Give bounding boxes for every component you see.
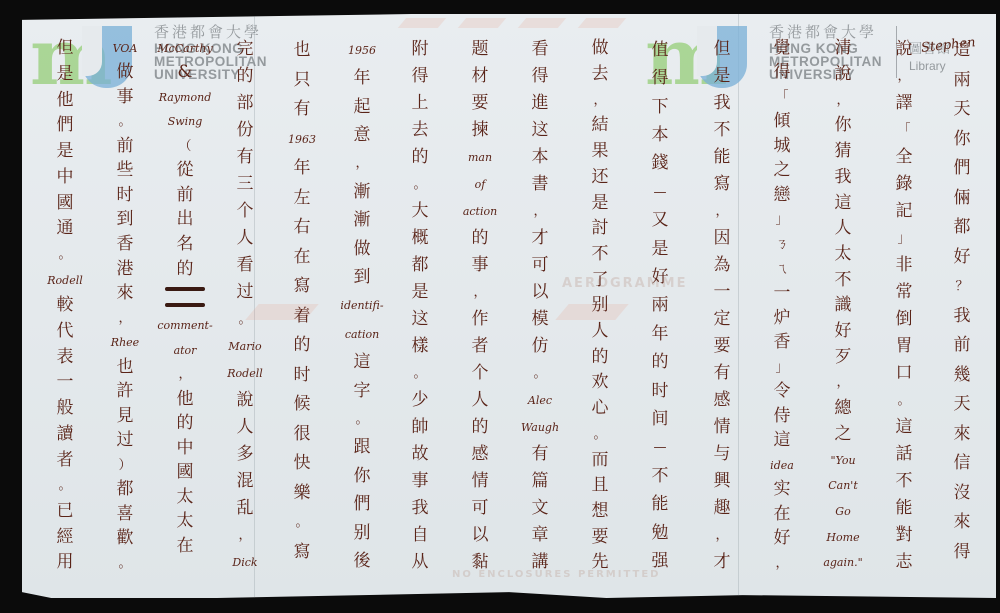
- handwritten-glyph: 講: [532, 549, 549, 576]
- text-column: 看得進这本書，才可以模仿。AlecWaugh有篇文章講: [518, 36, 562, 576]
- handwritten-glyph: 」: [775, 208, 788, 233]
- handwritten-glyph: ，: [836, 370, 849, 396]
- handwritten-glyph: 但: [57, 36, 74, 62]
- handwritten-glyph: 还: [592, 165, 609, 191]
- handwritten-glyph: 才: [714, 549, 731, 576]
- handwritten-glyph: 有: [714, 360, 731, 387]
- handwritten-glyph: 他: [177, 387, 194, 412]
- handwritten-glyph: 前: [177, 183, 194, 208]
- handwritten-glyph: 。: [58, 473, 71, 499]
- handwritten-glyph: 猜: [835, 139, 852, 165]
- handwritten-glyph: 香: [117, 232, 134, 257]
- handwritten-glyph: 别: [354, 519, 371, 547]
- airmail-stripe: [398, 18, 446, 28]
- handwritten-glyph: 漸: [354, 178, 371, 206]
- handwritten-glyph: 者: [472, 333, 489, 360]
- handwritten-glyph: 上: [412, 90, 429, 117]
- handwritten-glyph: 自: [412, 522, 429, 549]
- handwritten-glyph: 炉: [774, 306, 791, 331]
- handwritten-glyph: 興: [714, 468, 731, 495]
- handwritten-glyph: 」: [775, 355, 788, 380]
- handwritten-glyph: 着: [294, 302, 311, 332]
- handwritten-glyph: 譯: [896, 90, 913, 117]
- handwritten-glyph: 已: [57, 499, 74, 525]
- handwritten-glyph: 揀: [472, 117, 489, 144]
- handwritten-glyph: 都: [412, 252, 429, 279]
- handwritten-glyph: Waugh: [521, 414, 559, 441]
- handwritten-glyph: 也: [117, 355, 134, 380]
- handwritten-glyph: 完: [237, 36, 254, 63]
- handwritten-glyph: 事: [117, 85, 134, 110]
- handwritten-glyph: 从: [412, 549, 429, 576]
- handwritten-glyph: 果: [592, 139, 609, 165]
- handwritten-glyph: 前: [117, 134, 134, 159]
- handwritten-glyph: —: [654, 178, 667, 206]
- airmail-stripe: [518, 18, 566, 28]
- handwritten-glyph: 出: [177, 208, 194, 233]
- handwritten-glyph: identifi-: [340, 292, 383, 320]
- handwritten-glyph: 。: [593, 422, 606, 448]
- handwritten-glyph: 。: [58, 242, 71, 268]
- handwritten-glyph: 歡: [117, 527, 134, 552]
- handwritten-glyph: 天: [954, 95, 971, 125]
- handwritten-glyph: 他: [57, 87, 74, 113]
- handwritten-glyph: 题: [472, 36, 489, 63]
- handwritten-glyph: 快: [294, 449, 311, 479]
- handwritten-glyph: 。: [118, 551, 131, 576]
- handwritten-glyph: 為: [714, 252, 731, 279]
- handwritten-glyph: 天: [954, 390, 971, 420]
- handwritten-glyph: 不: [652, 462, 669, 490]
- handwritten-glyph: 「: [775, 85, 788, 110]
- handwritten-glyph: 我: [412, 495, 429, 522]
- handwritten-glyph: 太: [835, 242, 852, 268]
- handwritten-glyph: 候: [294, 390, 311, 420]
- handwritten-glyph: 去: [412, 117, 429, 144]
- handwritten-glyph: ，: [897, 63, 910, 90]
- handwritten-glyph: 情: [472, 468, 489, 495]
- handwritten-glyph: 名: [177, 232, 194, 257]
- handwritten-glyph: 起: [354, 93, 371, 121]
- handwritten-glyph: 年: [294, 154, 311, 184]
- handwritten-glyph: 在: [294, 243, 311, 273]
- handwritten-glyph: 國: [57, 190, 74, 216]
- handwritten-glyph: 仿: [532, 333, 549, 360]
- handwritten-glyph: 是: [412, 279, 429, 306]
- handwritten-glyph: 都: [954, 213, 971, 243]
- text-column: 清說，你猜我這人太不識好歹，總之"YouCan'tGoHomeagain.": [821, 36, 865, 576]
- text-column: VOA做事。前些时到香港來，Rhee也許見过）都喜歡。: [103, 36, 147, 576]
- handwritten-glyph: 混: [237, 468, 254, 495]
- handwritten-glyph: 乱: [237, 495, 254, 522]
- handwritten-glyph: 好: [835, 319, 852, 345]
- handwritten-glyph: 討: [592, 216, 609, 242]
- handwritten-glyph: 用: [57, 550, 74, 576]
- handwritten-glyph: 能: [896, 495, 913, 522]
- handwritten-glyph: 的: [592, 344, 609, 370]
- handwritten-glyph: 意: [354, 121, 371, 149]
- handwritten-glyph: 心: [592, 396, 609, 422]
- handwritten-glyph: 帥: [412, 414, 429, 441]
- handwritten-glyph: 但: [714, 36, 731, 63]
- handwritten-glyph: 來: [954, 508, 971, 538]
- handwritten-glyph: 了: [592, 267, 609, 293]
- handwritten-glyph: 多: [237, 441, 254, 468]
- handwritten-glyph: 許: [117, 379, 134, 404]
- handwritten-glyph: 人: [237, 414, 254, 441]
- handwritten-glyph: 时: [294, 361, 311, 391]
- handwritten-glyph: 戀: [774, 183, 791, 208]
- handwritten-glyph: 别: [592, 293, 609, 319]
- handwritten-glyph: idea: [770, 453, 794, 478]
- handwritten-glyph: 話: [896, 441, 913, 468]
- handwritten-glyph: 的: [472, 225, 489, 252]
- handwritten-glyph: 傾: [774, 110, 791, 135]
- handwritten-glyph: 得: [774, 61, 791, 86]
- handwritten-glyph: Home: [826, 524, 859, 550]
- handwritten-glyph: 事: [412, 468, 429, 495]
- handwritten-glyph: 可: [472, 495, 489, 522]
- handwritten-glyph: 要: [472, 90, 489, 117]
- handwritten-glyph: 不: [835, 267, 852, 293]
- handwritten-glyph: ，: [238, 522, 251, 549]
- handwritten-glyph: Can't: [828, 473, 858, 499]
- handwritten-glyph: 而: [592, 447, 609, 473]
- handwritten-glyph: 到: [354, 263, 371, 291]
- handwritten-glyph: 些: [117, 159, 134, 184]
- handwritten-glyph: 你: [954, 125, 971, 155]
- handwritten-glyph: 趣: [714, 495, 731, 522]
- handwritten-glyph: 寫: [294, 538, 311, 568]
- handwritten-glyph: 可: [532, 252, 549, 279]
- handwritten-glyph: 總: [835, 396, 852, 422]
- handwritten-glyph: 大: [412, 198, 429, 225]
- handwritten-glyph: 代: [57, 319, 74, 345]
- handwritten-glyph: 实: [774, 478, 791, 503]
- handwritten-glyph: 是: [652, 235, 669, 263]
- handwritten-glyph: 本: [652, 121, 669, 149]
- handwritten-glyph: 的: [237, 63, 254, 90]
- handwritten-glyph: 我: [714, 90, 731, 117]
- handwritten-glyph: Alec: [528, 387, 552, 414]
- text-column: 1956年起意，漸漸做到identifi-cation這字。跟你們别後: [340, 36, 384, 576]
- handwritten-glyph: 沒: [954, 479, 971, 509]
- handwritten-glyph: 者: [57, 447, 74, 473]
- handwritten-glyph: 不: [714, 117, 731, 144]
- handwritten-glyph: 後: [354, 547, 371, 575]
- handwritten-glyph: 也: [294, 36, 311, 66]
- handwritten-glyph: of: [475, 171, 486, 198]
- handwritten-glyph: 左: [294, 184, 311, 214]
- handwritten-glyph: 要: [592, 524, 609, 550]
- handwritten-glyph: 喜: [117, 502, 134, 527]
- handwritten-glyph: 說: [835, 62, 852, 88]
- handwritten-glyph: 常: [896, 279, 913, 306]
- handwritten-glyph: 能: [652, 491, 669, 519]
- handwritten-glyph: 看: [237, 252, 254, 279]
- handwritten-glyph: ator: [174, 338, 197, 363]
- handwritten-glyph: 欢: [592, 370, 609, 396]
- handwritten-glyph: 。: [355, 405, 368, 433]
- handwritten-glyph: 太: [177, 510, 194, 535]
- handwritten-glyph: 得: [954, 538, 971, 568]
- handwritten-glyph: 。: [413, 171, 426, 198]
- handwritten-glyph: 國: [177, 461, 194, 486]
- handwritten-glyph: 好: [774, 527, 791, 552]
- handwritten-glyph: McCarthy: [157, 36, 212, 61]
- handwritten-glyph: 在: [774, 502, 791, 527]
- handwritten-glyph: 們: [57, 113, 74, 139]
- handwritten-glyph: action: [463, 198, 497, 225]
- handwritten-glyph: 黏: [472, 549, 489, 576]
- handwritten-glyph: 年: [652, 320, 669, 348]
- text-column: 說，譯「全錄記」非常倒胃口。這話不能對志: [882, 36, 926, 576]
- handwritten-glyph: 才: [532, 225, 549, 252]
- handwritten-glyph: 進: [532, 90, 549, 117]
- handwritten-glyph: 1963: [288, 125, 316, 155]
- text-column: 附得上去的。大概都是这樣。少帥故事我自从: [398, 36, 442, 576]
- handwritten-glyph: 时: [652, 377, 669, 405]
- handwritten-glyph: 能: [714, 144, 731, 171]
- handwritten-glyph: 不: [896, 468, 913, 495]
- handwritten-glyph: 港: [117, 257, 134, 282]
- handwritten-glyph: Mario: [228, 333, 261, 360]
- handwritten-glyph: 信: [954, 449, 971, 479]
- handwritten-glyph: VOA: [113, 36, 138, 61]
- handwritten-glyph: 中: [177, 436, 194, 461]
- handwritten-glyph: 本: [532, 144, 549, 171]
- handwritten-glyph: Rodell: [47, 267, 83, 293]
- handwritten-glyph: 想: [592, 499, 609, 525]
- handwritten-glyph: 看: [532, 36, 549, 63]
- handwritten-glyph: 你: [354, 462, 371, 490]
- handwritten-glyph: Raymond: [159, 85, 212, 110]
- handwritten-glyph: 讀: [57, 422, 74, 448]
- handwritten-glyph: 不: [592, 242, 609, 268]
- handwritten-glyph: 識: [835, 293, 852, 319]
- handwritten-glyph: 兩: [652, 292, 669, 320]
- handwritten-glyph: 间: [652, 405, 669, 433]
- handwritten-glyph: 通: [57, 216, 74, 242]
- handwritten-glyph: 时: [117, 183, 134, 208]
- handwritten-glyph: 人: [835, 216, 852, 242]
- handwritten-glyph: 香: [774, 330, 791, 355]
- handwritten-glyph: 情: [714, 414, 731, 441]
- handwritten-glyph: 的: [177, 411, 194, 436]
- handwritten-glyph: 覺: [774, 36, 791, 61]
- handwritten-glyph: 要: [714, 333, 731, 360]
- handwritten-glyph: 的: [472, 414, 489, 441]
- handwritten-glyph: 过: [237, 279, 254, 306]
- handwritten-glyph: 作: [472, 306, 489, 333]
- handwritten-glyph: 做: [117, 61, 134, 86]
- handwritten-glyph: 太: [177, 485, 194, 510]
- handwritten-glyph: 得: [652, 64, 669, 92]
- handwritten-glyph: 先: [592, 550, 609, 576]
- handwritten-glyph: 做: [592, 36, 609, 62]
- handwritten-glyph: 个: [472, 360, 489, 387]
- handwritten-glyph: 到: [117, 208, 134, 233]
- handwritten-glyph: 是: [714, 63, 731, 90]
- handwritten-glyph: 因: [714, 225, 731, 252]
- handwritten-glyph: 般: [57, 396, 74, 422]
- handwritten-glyph: 个: [237, 198, 254, 225]
- handwritten-glyph: 。: [295, 508, 308, 538]
- handwritten-glyph: 城: [774, 134, 791, 159]
- handwritten-glyph: 右: [294, 213, 311, 243]
- handwritten-glyph: Rodell: [227, 360, 263, 387]
- handwritten-glyph: 我: [954, 302, 971, 332]
- handwritten-glyph: ）: [118, 453, 131, 478]
- handwritten-glyph: 有: [532, 441, 549, 468]
- handwritten-glyph: 人: [592, 319, 609, 345]
- handwritten-glyph: 强: [652, 547, 669, 575]
- handwritten-glyph: "You: [830, 447, 855, 473]
- handwritten-glyph: 這: [954, 36, 971, 66]
- handwritten-glyph: 令: [774, 379, 791, 404]
- handwritten-glyph: 。: [238, 306, 251, 333]
- handwritten-glyph: 篇: [532, 468, 549, 495]
- text-column: 這兩天你們倆都好？我前幾天來信沒來得: [940, 36, 984, 567]
- handwritten-glyph: 一: [774, 281, 791, 306]
- handwritten-glyph: man: [468, 144, 492, 171]
- handwritten-glyph: 以: [532, 279, 549, 306]
- handwritten-glyph: 」: [897, 225, 910, 252]
- handwritten-glyph: 中: [57, 165, 74, 191]
- handwritten-glyph: 錄: [896, 171, 913, 198]
- handwritten-glyph: 的: [294, 331, 311, 361]
- handwritten-glyph: 概: [412, 225, 429, 252]
- handwritten-glyph: 得: [412, 63, 429, 90]
- handwritten-glyph: 記: [896, 198, 913, 225]
- text-column: McCarthy&RaymondSwing（從前出名的comment-ator，…: [163, 36, 207, 559]
- handwritten-glyph: 一: [714, 279, 731, 306]
- text-column: 覺得「傾城之戀」ㄋㄟ一炉香」令侍這idea实在好，: [760, 36, 804, 576]
- handwritten-glyph: 附: [412, 36, 429, 63]
- handwritten-glyph: 故: [412, 441, 429, 468]
- handwritten-glyph: 部: [237, 90, 254, 117]
- handwritten-glyph: 較: [57, 293, 74, 319]
- handwritten-glyph: Go: [835, 499, 850, 525]
- handwritten-glyph: ，: [355, 150, 368, 178]
- handwritten-glyph: 又: [652, 206, 669, 234]
- handwritten-glyph: 1956: [348, 36, 376, 64]
- handwritten-glyph: comment-: [157, 313, 212, 338]
- handwritten-glyph: 從: [177, 159, 194, 184]
- handwritten-glyph: 書: [532, 171, 549, 198]
- handwritten-glyph: 志: [896, 549, 913, 576]
- handwritten-glyph: 寫: [714, 171, 731, 198]
- handwritten-glyph: 歹: [835, 344, 852, 370]
- handwritten-glyph: 都: [117, 478, 134, 503]
- handwritten-glyph: （: [178, 134, 191, 159]
- text-column: 但是我不能寫，因為一定要有感情与興趣，才: [700, 36, 744, 576]
- handwritten-glyph: 侍: [774, 404, 791, 429]
- handwritten-glyph: 錢: [652, 150, 669, 178]
- handwritten-glyph: again.": [823, 550, 862, 576]
- handwritten-glyph: 感: [714, 387, 731, 414]
- handwritten-glyph: 值: [652, 36, 669, 64]
- text-column: 题材要揀manofaction的事，作者个人的感情可以黏: [458, 36, 502, 576]
- handwritten-glyph: ，: [775, 551, 788, 576]
- handwritten-glyph: 人: [237, 225, 254, 252]
- handwritten-glyph: ，: [715, 198, 728, 225]
- handwritten-glyph: 下: [652, 93, 669, 121]
- handwritten-glyph: 这: [532, 117, 549, 144]
- handwritten-glyph: 文: [532, 495, 549, 522]
- handwritten-glyph: ㄟ: [775, 257, 788, 282]
- handwritten-glyph: 漸: [354, 206, 371, 234]
- handwritten-glyph: ，: [593, 87, 606, 113]
- handwritten-glyph: 這: [835, 190, 852, 216]
- handwritten-glyph: 胃: [896, 333, 913, 360]
- handwritten-glyph: 口: [896, 360, 913, 387]
- handwritten-glyph: Swing: [168, 110, 203, 135]
- handwritten-glyph: 我: [835, 165, 852, 191]
- handwritten-glyph: ，: [836, 87, 849, 113]
- handwritten-glyph: 好: [954, 243, 971, 273]
- handwritten-glyph: 的: [412, 144, 429, 171]
- handwritten-glyph: 份: [237, 117, 254, 144]
- handwritten-glyph: 這: [896, 414, 913, 441]
- handwritten-glyph: 且: [592, 473, 609, 499]
- handwritten-glyph: 見: [117, 404, 134, 429]
- handwritten-glyph: [165, 287, 205, 291]
- handwritten-glyph: ，: [473, 279, 486, 306]
- handwritten-glyph: 前: [954, 331, 971, 361]
- handwritten-glyph: 「: [897, 117, 910, 144]
- handwritten-glyph: 。: [118, 110, 131, 135]
- handwritten-glyph: 的: [177, 257, 194, 282]
- handwritten-glyph: 這: [774, 429, 791, 454]
- handwritten-glyph: 對: [896, 522, 913, 549]
- handwritten-glyph: 非: [896, 252, 913, 279]
- handwritten-glyph: ，: [178, 362, 191, 387]
- handwritten-glyph: 定: [714, 306, 731, 333]
- handwritten-glyph: 去: [592, 62, 609, 88]
- handwritten-glyph: 來: [117, 281, 134, 306]
- handwritten-glyph: 倆: [954, 184, 971, 214]
- handwritten-glyph: 勉: [652, 519, 669, 547]
- handwritten-glyph: 。: [897, 387, 910, 414]
- handwritten-glyph: 幾: [954, 361, 971, 391]
- handwritten-glyph: 結: [592, 113, 609, 139]
- handwritten-glyph: &: [177, 61, 192, 86]
- handwritten-glyph: ？: [955, 272, 968, 302]
- handwritten-glyph: 這: [354, 348, 371, 376]
- handwritten-glyph: 的: [652, 348, 669, 376]
- handwritten-glyph: 。: [413, 360, 426, 387]
- handwritten-glyph: 有: [294, 95, 311, 125]
- handwritten-glyph: 樣: [412, 333, 429, 360]
- handwritten-glyph: 倒: [896, 306, 913, 333]
- handwritten-glyph: Rhee: [111, 330, 139, 355]
- airmail-stripe: [458, 18, 506, 28]
- handwritten-glyph: 做: [354, 235, 371, 263]
- handwritten-glyph: 是: [57, 139, 74, 165]
- text-column: 但是他們是中國通。Rodell較代表一般讀者。已經用: [43, 36, 87, 576]
- handwritten-glyph: [165, 303, 205, 307]
- handwritten-glyph: 得: [532, 63, 549, 90]
- handwritten-glyph: 是: [57, 62, 74, 88]
- airmail-stripe: [578, 18, 626, 28]
- handwritten-glyph: ，: [533, 198, 546, 225]
- handwritten-glyph: 感: [472, 441, 489, 468]
- handwritten-glyph: 少: [412, 387, 429, 414]
- handwritten-glyph: ，: [118, 306, 131, 331]
- handwritten-glyph: 全: [896, 144, 913, 171]
- handwritten-glyph: 表: [57, 344, 74, 370]
